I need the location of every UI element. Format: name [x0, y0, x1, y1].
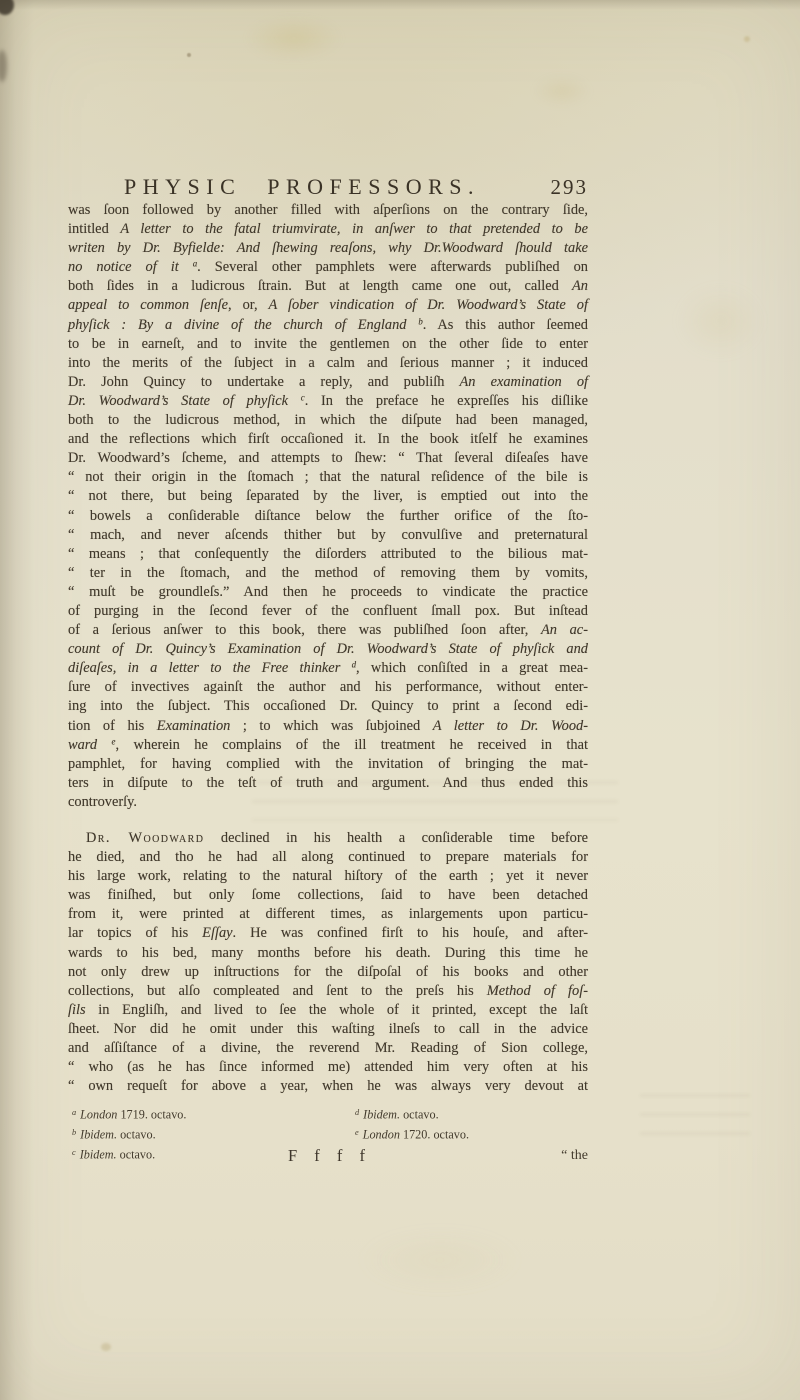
text-line: count of Dr. Quincy’s Examination of Dr.… [68, 640, 588, 659]
text-line: ſheet. Nor did he omit under this waſtin… [68, 1020, 588, 1039]
paper-speck [744, 36, 750, 42]
text-segment: London [80, 1108, 117, 1122]
text-line: both to the ludicrous method, in which t… [68, 411, 588, 430]
text-line: ſure of invectives againſt the author an… [68, 678, 588, 697]
text-segment: ters in diſpute to the teſt of truth and… [68, 775, 588, 791]
text-segment: “ not their origin in the ſtomach ; that… [68, 469, 588, 485]
text-segment: writen by Dr. Byfielde: And ſhewing reaſ… [68, 240, 588, 256]
text-line: from it, were printed at different times… [68, 905, 588, 924]
text-segment: An [572, 278, 588, 294]
text-segment: “ not there, but being ſeparated by the … [68, 488, 588, 504]
text-segment: tion of his [68, 718, 157, 734]
text-segment: . Several other pamphlets were afterward… [197, 259, 588, 275]
text-segment: declined in his health a conſiderable ti… [204, 830, 588, 846]
text-segment: not only drew up inſtructions for the di… [68, 964, 588, 980]
text-line: “ muſt be groundleſs.” And then he proce… [68, 583, 588, 602]
paragraph: was ſoon followed by another filled with… [68, 201, 588, 812]
text-line: tion of his Examination ; to which was ſ… [68, 717, 588, 736]
text-segment: of purging in the ſecond fever of the co… [68, 603, 588, 619]
footnote: aLondon 1719. octavo. [72, 1104, 342, 1124]
text-segment: A letter to the fatal triumvirate, in an… [120, 221, 588, 237]
catchword: “ the [561, 1148, 588, 1164]
text-segment: . In the preface he expreſſes his diſlik… [305, 393, 588, 409]
text-line: both ſides in a ludicrous ſtrain. But at… [68, 277, 588, 296]
text-segment: no notice of it [68, 259, 193, 275]
running-header-title: PHYSIC PROFESSORS. [68, 174, 588, 200]
running-header: PHYSIC PROFESSORS. 293 [68, 174, 588, 200]
text-line: his large work, relating to the natural … [68, 867, 588, 886]
text-segment: Method of foſ- [487, 983, 588, 999]
text-line: Dr. Woodward’s ſcheme, and attempts to ſ… [68, 449, 588, 468]
text-line: collections, but alſo compleated and ſen… [68, 982, 588, 1001]
text-line: not only drew up inſtructions for the di… [68, 963, 588, 982]
text-line: “ means ; that conſequently the diſorder… [68, 545, 588, 564]
text-line: was ſoon followed by another filled with… [68, 201, 588, 220]
text-line: pamphlet, for having complied with the i… [68, 755, 588, 774]
paper-speck [187, 53, 191, 57]
paper-stain [678, 286, 762, 356]
text-segment: London [363, 1128, 400, 1142]
text-segment: ward [68, 737, 112, 753]
text-segment: , which conſiſted in a great mea- [356, 660, 588, 676]
text-segment: his large work, relating to the natural … [68, 868, 588, 884]
text-segment: count of Dr. Quincy’s Examination of Dr.… [68, 641, 588, 657]
text-segment: and aſſiſtance of a divine, the reverend… [68, 1040, 588, 1056]
ink-showthrough [640, 1094, 750, 1140]
paper-stain [534, 76, 590, 106]
text-segment: ing into the ſubject. This occaſioned Dr… [68, 698, 588, 714]
text-line: “ not their origin in the ſtomach ; that… [68, 468, 588, 487]
text-segment: “ ter in the ſtomach, and the method of … [68, 565, 588, 581]
footnote: bIbidem. octavo. [72, 1124, 342, 1144]
text-line: and aſſiſtance of a divine, the reverend… [68, 1039, 588, 1058]
text-line: ſils in Engliſh, and lived to ſee the wh… [68, 1001, 588, 1020]
text-segment: collections, but alſo compleated and ſen… [68, 983, 487, 999]
text-line: lar topics of his Eſſay. He was confined… [68, 924, 588, 943]
text-segment: pamphlet, for having complied with the i… [68, 756, 588, 772]
text-line: ters in diſpute to the teſt of truth and… [68, 774, 588, 793]
text-segment: Dr. Woodward’s ſcheme, and attempts to ſ… [68, 450, 588, 466]
text-line: of purging in the ſecond fever of the co… [68, 602, 588, 621]
text-segment: controverſy. [68, 794, 137, 810]
text-segment: phyſick : By a divine of the church of E… [68, 317, 418, 333]
text-segment: An examination of [460, 374, 589, 390]
text-line: controverſy. [68, 793, 588, 812]
text-segment: lar topics of his [68, 925, 202, 941]
text-line: he died, and tho he had all along contin… [68, 848, 588, 867]
text-segment: Eſſay [202, 925, 232, 941]
text-segment: Dr. Woodward [86, 830, 204, 846]
text-segment: wards to his bed, many months before his… [68, 945, 588, 961]
text-line: of a ſerious anſwer to this book, there … [68, 621, 588, 640]
text-segment: . He was confined firſt to his houſe, an… [233, 925, 588, 941]
signature-mark: F f f f [68, 1146, 588, 1166]
text-line: “ who (as he has ſince informed me) atte… [68, 1058, 588, 1077]
paper-speck [101, 1343, 111, 1351]
book-page: PHYSIC PROFESSORS. 293 was ſoon followed… [0, 0, 800, 1400]
text-segment: . As this author ſeemed [423, 317, 588, 333]
text-body: was ſoon followed by another filled with… [68, 201, 588, 1096]
paragraph: Dr. Woodward declined in his health a co… [68, 829, 588, 1096]
text-line: Dr. John Quincy to undertake a reply, an… [68, 373, 588, 392]
footnotes-right-column: dIbidem. octavo.eLondon 1720. octavo. [355, 1104, 585, 1144]
text-segment: intitled [68, 221, 120, 237]
text-segment: was ſoon followed by another filled with… [68, 202, 588, 218]
text-segment: Examination [157, 718, 231, 734]
text-segment: An ac- [541, 622, 588, 638]
footnote-marker: d [355, 1108, 359, 1117]
text-line: “ mach, and never aſcends thither but by… [68, 526, 588, 545]
text-segment: 1719. octavo. [117, 1108, 186, 1122]
text-line: and the reflections which firſt occaſion… [68, 430, 588, 449]
text-segment: ſheet. Nor did he omit under this waſtin… [68, 1021, 588, 1037]
text-line: into the merits of the ſubject in a calm… [68, 354, 588, 373]
text-segment: to be in earneſt, and to invite the gent… [68, 336, 588, 352]
text-segment: A letter to Dr. Wood- [433, 718, 588, 734]
text-segment: both ſides in a ludicrous ſtrain. But at… [68, 278, 572, 294]
text-segment: ſure of invectives againſt the author an… [68, 679, 588, 695]
text-line: “ ter in the ſtomach, and the method of … [68, 564, 588, 583]
text-segment: “ bowels a conſiderable diſtance below t… [68, 508, 588, 524]
text-segment: “ mach, and never aſcends thither but by… [68, 527, 588, 543]
text-segment: Dr. John Quincy to undertake a reply, an… [68, 374, 460, 390]
text-segment: A ſober vindication of Dr. Woodward’s St… [269, 297, 588, 313]
text-line: ward e, wherein he complains of the ill … [68, 736, 588, 755]
text-segment: and the reflections which firſt occaſion… [68, 431, 588, 447]
footnote-marker: a [72, 1108, 76, 1117]
text-segment: from it, were printed at different times… [68, 906, 588, 922]
text-segment: octavo. [117, 1128, 156, 1142]
text-line: phyſick : By a divine of the church of E… [68, 316, 588, 335]
text-segment: “ means ; that conſequently the diſorder… [68, 546, 588, 562]
text-segment: both to the ludicrous method, in which t… [68, 412, 588, 428]
direction-line: F f f f “ the [68, 1146, 588, 1168]
text-segment: was finiſhed, but only ſome collections,… [68, 887, 588, 903]
text-line: writen by Dr. Byfielde: And ſhewing reaſ… [68, 239, 588, 258]
text-segment: octavo. [400, 1108, 439, 1122]
page-top-shadow [0, 0, 800, 10]
text-line: Dr. Woodward declined in his health a co… [68, 829, 588, 848]
text-line: “ own requeſt for above a year, when he … [68, 1077, 588, 1096]
text-segment: appeal to common ſenſe [68, 297, 228, 313]
text-line: ing into the ſubject. This occaſioned Dr… [68, 697, 588, 716]
text-line: wards to his bed, many months before his… [68, 944, 588, 963]
footnote-marker: b [72, 1128, 76, 1137]
paper-stain [246, 16, 342, 60]
text-segment: of a ſerious anſwer to this book, there … [68, 622, 541, 638]
footnote-marker: e [355, 1128, 359, 1137]
text-line: appeal to common ſenſe, or, A ſober vind… [68, 296, 588, 315]
page-number: 293 [551, 175, 589, 200]
paper-stain [360, 1230, 520, 1290]
text-segment: diſeaſes, in a letter to the Free thinke… [68, 660, 352, 676]
text-line: diſeaſes, in a letter to the Free thinke… [68, 659, 588, 678]
text-segment: Ibidem. [363, 1108, 400, 1122]
text-line: “ bowels a conſiderable diſtance below t… [68, 507, 588, 526]
text-segment: ; to which was ſubjoined [230, 718, 432, 734]
text-line: Dr. Woodward’s State of phyſick c. In th… [68, 392, 588, 411]
footnote: dIbidem. octavo. [355, 1104, 585, 1124]
text-line: intitled A letter to the fatal triumvira… [68, 220, 588, 239]
text-segment: , wherein he complains of the ill treatm… [115, 737, 588, 753]
text-segment: he died, and tho he had all along contin… [68, 849, 588, 865]
text-segment: “ who (as he has ſince informed me) atte… [68, 1059, 588, 1075]
text-segment: 1720. octavo. [400, 1128, 469, 1142]
text-line: “ not there, but being ſeparated by the … [68, 487, 588, 506]
text-segment: “ muſt be groundleſs.” And then he proce… [68, 584, 588, 600]
text-segment: into the merits of the ſubject in a calm… [68, 355, 588, 371]
footnote: eLondon 1720. octavo. [355, 1124, 585, 1144]
page-gutter-shadow [0, 0, 34, 1400]
text-line: was finiſhed, but only ſome collections,… [68, 886, 588, 905]
text-line: no notice of it a. Several other pamphle… [68, 258, 588, 277]
text-segment: , or, [228, 297, 269, 313]
text-segment: Dr. Woodward’s State of phyſick [68, 393, 301, 409]
text-segment: in Engliſh, and lived to ſee the whole o… [86, 1002, 588, 1018]
text-segment: “ own requeſt for above a year, when he … [68, 1078, 588, 1094]
text-segment: ſils [68, 1002, 86, 1018]
text-segment: Ibidem. [80, 1128, 117, 1142]
text-line: to be in earneſt, and to invite the gent… [68, 335, 588, 354]
